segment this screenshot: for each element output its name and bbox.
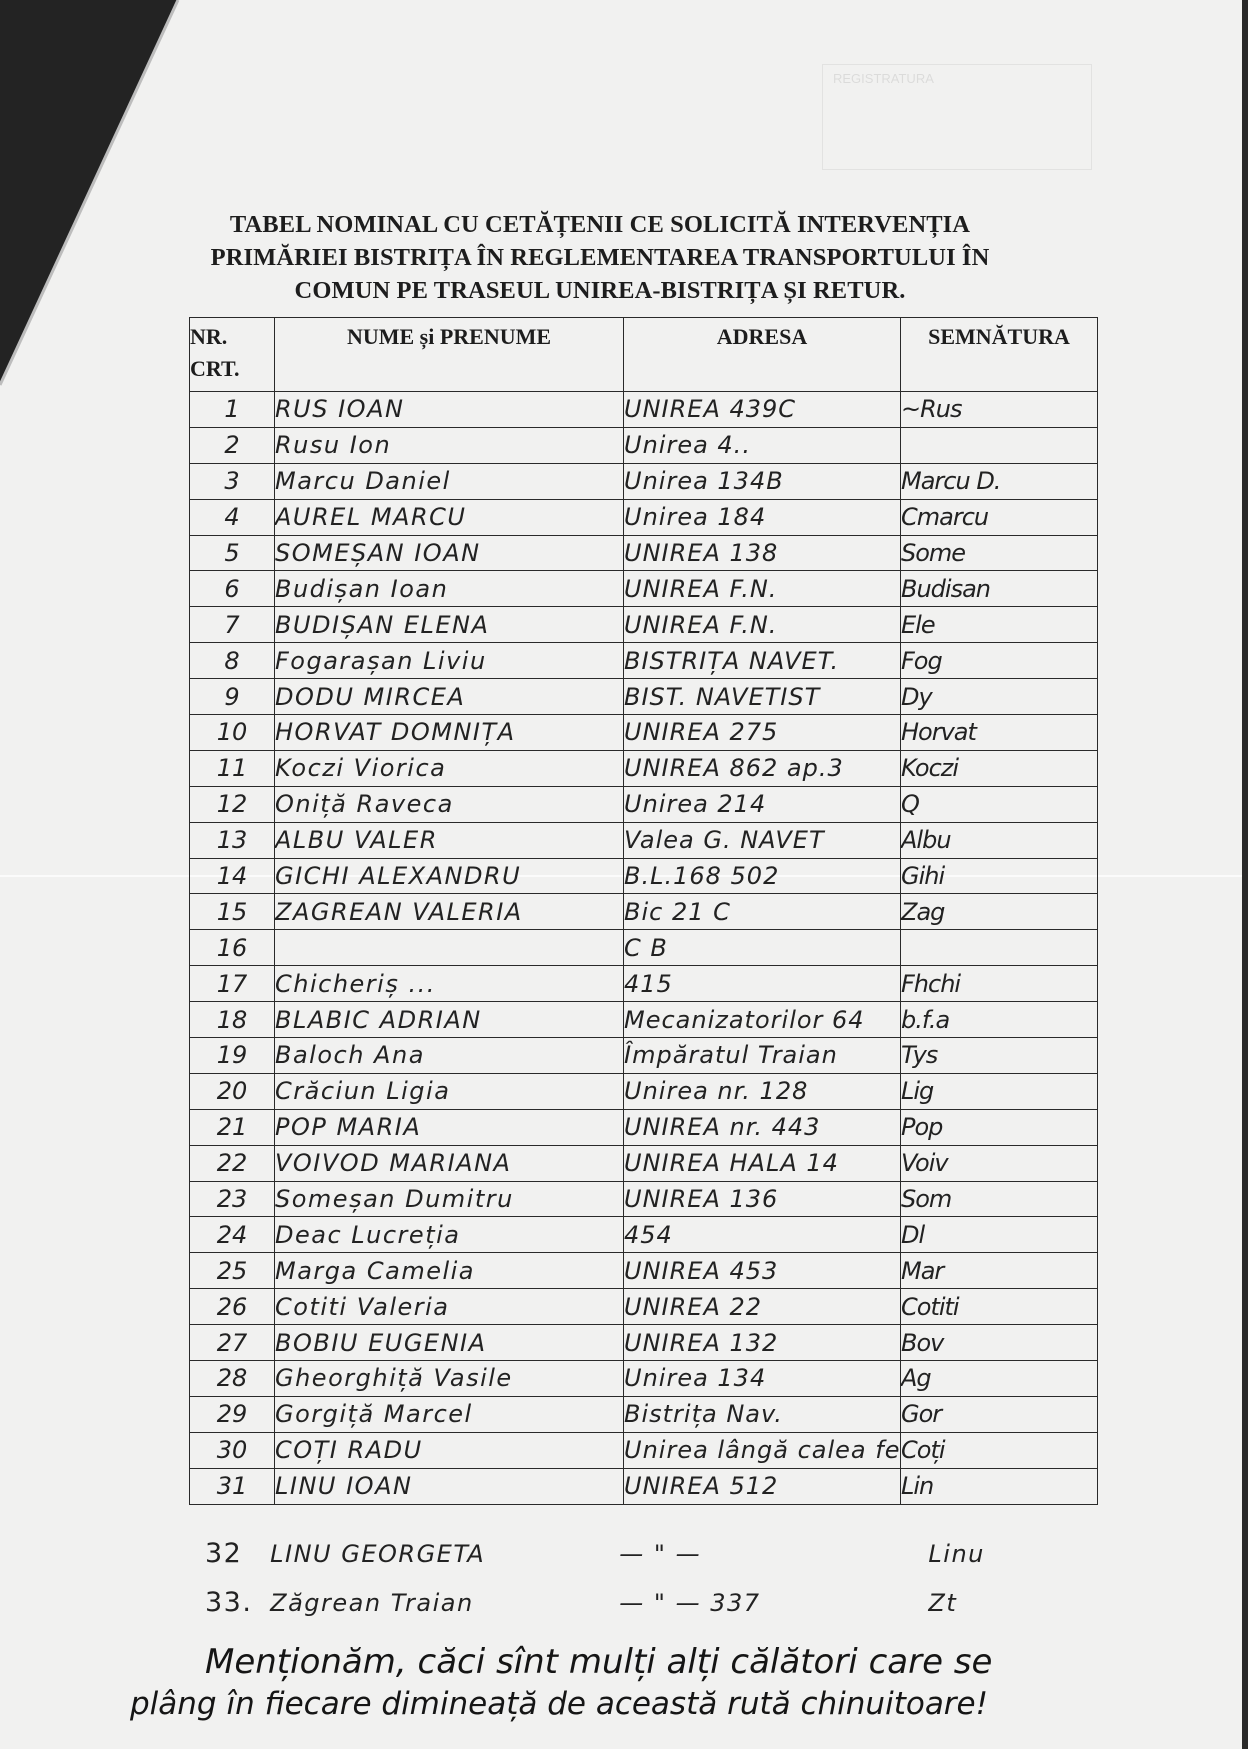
note-line-2: plâng în fiecare dimineață de această ru… — [130, 1686, 1248, 1722]
row-number: 6 — [190, 571, 275, 607]
row-address: C B — [624, 930, 901, 966]
extra-name: Zăgrean Traian — [270, 1589, 610, 1617]
row-name: HORVAT DOMNIȚA — [275, 715, 624, 751]
row-address: Unirea 184 — [624, 499, 901, 535]
row-number: 19 — [190, 1038, 275, 1074]
row-signature: Dy — [901, 679, 1098, 715]
table-row: 1RUS IOANUNIREA 439C~Rus — [190, 392, 1098, 428]
row-address: UNIREA 453 — [624, 1253, 901, 1289]
row-name: Chicheriș ... — [275, 966, 624, 1002]
row-address: Unirea 134B — [624, 463, 901, 499]
table-row: 28Gheorghiță VasileUnirea 134Ag — [190, 1361, 1098, 1397]
table-row: 31LINU IOANUNIREA 512Lin — [190, 1468, 1098, 1504]
row-name — [275, 930, 624, 966]
row-name: Fogarașan Liviu — [275, 643, 624, 679]
table-row: 8Fogarașan LiviuBISTRIȚA NAVET.Fog — [190, 643, 1098, 679]
row-number: 15 — [190, 894, 275, 930]
row-address: B.L.168 502 — [624, 858, 901, 894]
row-address: UNIREA 22 — [624, 1289, 901, 1325]
row-number: 18 — [190, 1002, 275, 1038]
row-number: 1 — [190, 392, 275, 428]
table-row: 5SOMEȘAN IOANUNIREA 138Some — [190, 535, 1098, 571]
row-name: Gorgiță Marcel — [275, 1396, 624, 1432]
row-number: 23 — [190, 1181, 275, 1217]
row-signature: Lin — [901, 1468, 1098, 1504]
row-name: AUREL MARCU — [275, 499, 624, 535]
row-number: 11 — [190, 750, 275, 786]
table-row: 9DODU MIRCEABIST. NAVETISTDy — [190, 679, 1098, 715]
row-signature: Ag — [901, 1361, 1098, 1397]
title-line-3: COMUN PE TRASEUL UNIREA-BISTRIȚA ȘI RETU… — [170, 274, 1030, 307]
row-number: 9 — [190, 679, 275, 715]
row-number: 10 — [190, 715, 275, 751]
row-number: 31 — [190, 1468, 275, 1504]
row-name: BOBIU EUGENIA — [275, 1325, 624, 1361]
table-row: 19Baloch AnaÎmpăratul TraianTys — [190, 1038, 1098, 1074]
row-number: 27 — [190, 1325, 275, 1361]
table-row: 11Koczi VioricaUNIREA 862 ap.3Koczi — [190, 750, 1098, 786]
row-name: Oniță Raveca — [275, 786, 624, 822]
table-row: 27BOBIU EUGENIAUNIREA 132Bov — [190, 1325, 1098, 1361]
table-row: 25Marga CameliaUNIREA 453Mar — [190, 1253, 1098, 1289]
row-signature: Zag — [901, 894, 1098, 930]
row-address: Bistrița Nav. — [624, 1396, 901, 1432]
row-number: 29 — [190, 1396, 275, 1432]
table-row: 18BLABIC ADRIANMecanizatorilor 64b.f.a — [190, 1002, 1098, 1038]
extra-address: — " — 337 — [619, 1589, 919, 1617]
table-row: 12Oniță RavecaUnirea 214Q — [190, 786, 1098, 822]
table-row: 21POP MARIAUNIREA nr. 443Pop — [190, 1109, 1098, 1145]
row-number: 8 — [190, 643, 275, 679]
row-number: 16 — [190, 930, 275, 966]
row-signature: Tys — [901, 1038, 1098, 1074]
row-name: COȚI RADU — [275, 1432, 624, 1468]
table-row: 6Budișan IoanUNIREA F.N.Budisan — [190, 571, 1098, 607]
row-address: UNIREA 138 — [624, 535, 901, 571]
row-name: Someșan Dumitru — [275, 1181, 624, 1217]
table-row: 30COȚI RADUUnirea lângă calea feratăCoți — [190, 1432, 1098, 1468]
header-address: ADRESA — [624, 318, 901, 392]
header-nr-line1: NR. — [190, 321, 274, 353]
row-number: 25 — [190, 1253, 275, 1289]
table-row: 3Marcu DanielUnirea 134BMarcu D. — [190, 463, 1098, 499]
table-row: 14GICHI ALEXANDRUB.L.168 502Gihi — [190, 858, 1098, 894]
row-signature: Marcu D. — [901, 463, 1098, 499]
row-address: Unirea 134 — [624, 1361, 901, 1397]
header-nr-line2: CRT. — [190, 353, 274, 385]
extra-nr: 33. — [205, 1587, 261, 1618]
row-number: 30 — [190, 1432, 275, 1468]
row-number: 20 — [190, 1073, 275, 1109]
row-address: BIST. NAVETIST — [624, 679, 901, 715]
row-signature: Fhchi — [901, 966, 1098, 1002]
table-row: 4AUREL MARCUUnirea 184Cmarcu — [190, 499, 1098, 535]
petition-table: NR. CRT. NUME și PRENUME ADRESA SEMNĂTUR… — [189, 317, 1098, 1505]
table-row: 23Someșan DumitruUNIREA 136Som — [190, 1181, 1098, 1217]
table-row: 13ALBU VALERValea G. NAVETAlbu — [190, 822, 1098, 858]
row-address: UNIREA 439C — [624, 392, 901, 428]
row-number: 14 — [190, 858, 275, 894]
row-signature: Some — [901, 535, 1098, 571]
row-address: Unirea nr. 128 — [624, 1073, 901, 1109]
table-row: 20Crăciun LigiaUnirea nr. 128Lig — [190, 1073, 1098, 1109]
table-row: 10HORVAT DOMNIȚAUNIREA 275Horvat — [190, 715, 1098, 751]
row-address: UNIREA F.N. — [624, 607, 901, 643]
extra-nr: 32 — [205, 1538, 261, 1569]
row-signature — [901, 930, 1098, 966]
row-signature: Coți — [901, 1432, 1098, 1468]
row-address: UNIREA 275 — [624, 715, 901, 751]
table-row: 26Cotiti ValeriaUNIREA 22Cotiti — [190, 1289, 1098, 1325]
row-address: UNIREA F.N. — [624, 571, 901, 607]
row-number: 5 — [190, 535, 275, 571]
row-address: Unirea lângă calea ferată — [624, 1432, 901, 1468]
row-signature: b.f.a — [901, 1002, 1098, 1038]
row-signature: Albu — [901, 822, 1098, 858]
extra-entry-33: 33. Zăgrean Traian — " — 337 Zt — [205, 1587, 957, 1618]
table-row: 17Chicheriș ...415Fhchi — [190, 966, 1098, 1002]
row-name: Deac Lucreția — [275, 1217, 624, 1253]
row-signature: Bov — [901, 1325, 1098, 1361]
row-signature: Budisan — [901, 571, 1098, 607]
row-name: ZAGREAN VALERIA — [275, 894, 624, 930]
row-signature — [901, 427, 1098, 463]
title-line-2: PRIMĂRIEI BISTRIȚA ÎN REGLEMENTAREA TRAN… — [170, 241, 1030, 274]
document-title: TABEL NOMINAL CU CETĂȚENII CE SOLICITĂ I… — [170, 208, 1030, 307]
row-name: ALBU VALER — [275, 822, 624, 858]
row-address: Unirea 214 — [624, 786, 901, 822]
row-name: Cotiti Valeria — [275, 1289, 624, 1325]
row-signature: Som — [901, 1181, 1098, 1217]
extra-signature: Linu — [928, 1540, 984, 1568]
row-signature: Koczi — [901, 750, 1098, 786]
row-address: UNIREA nr. 443 — [624, 1109, 901, 1145]
row-address: UNIREA 132 — [624, 1325, 901, 1361]
table-row: 15ZAGREAN VALERIABic 21 CZag — [190, 894, 1098, 930]
row-address: UNIREA 136 — [624, 1181, 901, 1217]
row-signature: Gor — [901, 1396, 1098, 1432]
row-address: UNIREA HALA 14 — [624, 1145, 901, 1181]
extra-entry-32: 32 LINU GEORGETA — " — Linu — [205, 1538, 985, 1569]
row-name: Budișan Ioan — [275, 571, 624, 607]
table-header-row: NR. CRT. NUME și PRENUME ADRESA SEMNĂTUR… — [190, 318, 1098, 392]
row-number: 28 — [190, 1361, 275, 1397]
extra-signature: Zt — [928, 1589, 957, 1617]
header-name: NUME și PRENUME — [275, 318, 624, 392]
extra-address: — " — — [619, 1540, 919, 1568]
table-row: 2Rusu IonUnirea 4.. — [190, 427, 1098, 463]
row-address: 415 — [624, 966, 901, 1002]
row-name: GICHI ALEXANDRU — [275, 858, 624, 894]
extra-name: LINU GEORGETA — [270, 1540, 610, 1568]
table-body: 1RUS IOANUNIREA 439C~Rus2Rusu IonUnirea … — [190, 392, 1098, 1505]
row-name: POP MARIA — [275, 1109, 624, 1145]
row-name: LINU IOAN — [275, 1468, 624, 1504]
row-number: 13 — [190, 822, 275, 858]
row-number: 24 — [190, 1217, 275, 1253]
row-name: BUDIȘAN ELENA — [275, 607, 624, 643]
row-signature: Gihi — [901, 858, 1098, 894]
row-address: Unirea 4.. — [624, 427, 901, 463]
row-signature: Pop — [901, 1109, 1098, 1145]
row-number: 22 — [190, 1145, 275, 1181]
row-name: Crăciun Ligia — [275, 1073, 624, 1109]
row-name: SOMEȘAN IOAN — [275, 535, 624, 571]
row-signature: Cotiti — [901, 1289, 1098, 1325]
table-row: 16C B — [190, 930, 1098, 966]
row-address: Bic 21 C — [624, 894, 901, 930]
row-number: 26 — [190, 1289, 275, 1325]
row-name: DODU MIRCEA — [275, 679, 624, 715]
row-signature: Lig — [901, 1073, 1098, 1109]
row-signature: Mar — [901, 1253, 1098, 1289]
title-line-1: TABEL NOMINAL CU CETĂȚENII CE SOLICITĂ I… — [170, 208, 1030, 241]
row-number: 3 — [190, 463, 275, 499]
row-address: UNIREA 862 ap.3 — [624, 750, 901, 786]
header-nr-crt: NR. CRT. — [190, 318, 275, 392]
header-signature: SEMNĂTURA — [901, 318, 1098, 392]
row-signature: Ele — [901, 607, 1098, 643]
faded-registration-stamp: REGISTRATURA — [822, 64, 1092, 170]
row-address: BISTRIȚA NAVET. — [624, 643, 901, 679]
row-number: 17 — [190, 966, 275, 1002]
row-address: Mecanizatorilor 64 — [624, 1002, 901, 1038]
row-number: 12 — [190, 786, 275, 822]
row-name: Koczi Viorica — [275, 750, 624, 786]
row-address: 454 — [624, 1217, 901, 1253]
row-number: 4 — [190, 499, 275, 535]
table-row: 7BUDIȘAN ELENAUNIREA F.N.Ele — [190, 607, 1098, 643]
row-address: UNIREA 512 — [624, 1468, 901, 1504]
row-name: RUS IOAN — [275, 392, 624, 428]
row-name: Marga Camelia — [275, 1253, 624, 1289]
row-name: VOIVOD MARIANA — [275, 1145, 624, 1181]
row-signature: Dl — [901, 1217, 1098, 1253]
row-name: Rusu Ion — [275, 427, 624, 463]
row-number: 2 — [190, 427, 275, 463]
row-number: 7 — [190, 607, 275, 643]
note-line-1: Menționăm, căci sînt mulți alți călători… — [205, 1642, 1248, 1682]
row-signature: ~Rus — [901, 392, 1098, 428]
stamp-text: REGISTRATURA — [833, 71, 934, 86]
row-signature: Horvat — [901, 715, 1098, 751]
row-signature: Voiv — [901, 1145, 1098, 1181]
row-name: Gheorghiță Vasile — [275, 1361, 624, 1397]
row-name: Marcu Daniel — [275, 463, 624, 499]
row-signature: Q — [901, 786, 1098, 822]
row-signature: Cmarcu — [901, 499, 1098, 535]
scan-edge — [1242, 0, 1248, 1749]
row-name: BLABIC ADRIAN — [275, 1002, 624, 1038]
row-number: 21 — [190, 1109, 275, 1145]
table-row: 22VOIVOD MARIANAUNIREA HALA 14Voiv — [190, 1145, 1098, 1181]
table-row: 24Deac Lucreția454Dl — [190, 1217, 1098, 1253]
table-row: 29Gorgiță MarcelBistrița Nav.Gor — [190, 1396, 1098, 1432]
row-name: Baloch Ana — [275, 1038, 624, 1074]
row-address: Valea G. NAVET — [624, 822, 901, 858]
row-address: Împăratul Traian — [624, 1038, 901, 1074]
row-signature: Fog — [901, 643, 1098, 679]
